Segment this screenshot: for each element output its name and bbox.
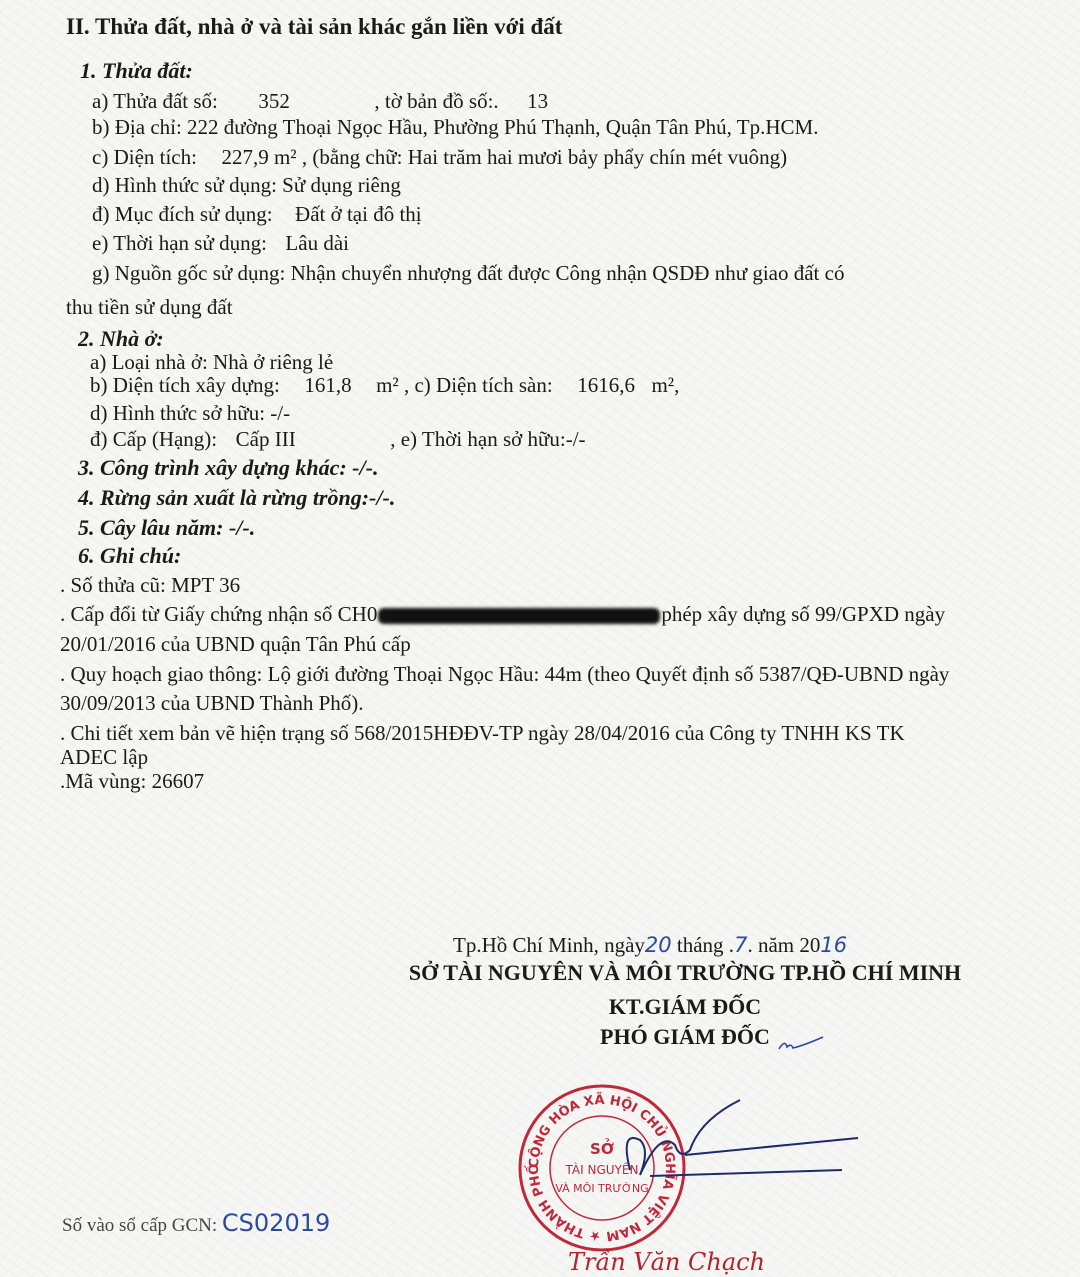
floor-area-label: c) Diện tích sàn: xyxy=(414,373,552,397)
land-purpose-label: đ) Mục đích sử dụng: xyxy=(92,202,273,226)
initial-flourish-icon xyxy=(775,1033,827,1055)
agency-name: SỞ TÀI NGUYÊN VÀ MÔI TRƯỜNG TP.HỒ CHÍ MI… xyxy=(0,960,1080,986)
plot-number-value: 352 xyxy=(258,89,290,113)
note-drawing-line1: . Chi tiết xem bản vẽ hiện trạng số 568/… xyxy=(60,720,905,746)
house-grade-label: đ) Cấp (Hạng): xyxy=(90,427,217,451)
on-behalf-label: KT.GIÁM ĐỐC xyxy=(0,994,1080,1020)
place-date: Tp.Hồ Chí Minh, ngày20 tháng .7. năm 201… xyxy=(453,932,847,958)
land-area-unit: m² xyxy=(274,145,297,169)
date-month-label: tháng . xyxy=(677,933,734,957)
notes-heading: 6. Ghi chú: xyxy=(78,543,181,569)
land-purpose-row: đ) Mục đích sử dụng: Đất ở tại đô thị xyxy=(92,201,422,227)
perennial-trees: 5. Cây lâu năm: -/-. xyxy=(78,515,255,541)
build-area-unit: m² , xyxy=(376,373,409,397)
land-area-words: , (bằng chữ: Hai trăm hai mươi bảy phẩy … xyxy=(302,145,787,169)
place-date-prefix: Tp.Hồ Chí Minh, ngày xyxy=(453,933,645,957)
note-zone-code: .Mã vùng: 26607 xyxy=(60,768,204,794)
map-sheet-value: 13 xyxy=(527,89,548,113)
registry-value: CS02019 xyxy=(222,1209,330,1237)
note-drawing-line2: ADEC lập xyxy=(60,744,148,770)
date-year-label: . năm 20 xyxy=(747,933,820,957)
house-area-row: b) Diện tích xây dựng: 161,8 m² , c) Diệ… xyxy=(90,372,679,398)
floor-area-unit: m², xyxy=(651,373,679,397)
section-title: II. Thửa đất, nhà ở và tài sản khác gắn … xyxy=(66,14,562,40)
land-term-row: e) Thời hạn sử dụng: Lâu dài xyxy=(92,230,349,256)
note-reissue-line2: 20/01/2016 của UBND quận Tân Phú cấp xyxy=(60,631,411,657)
redacted-region xyxy=(378,608,660,624)
house-grade-row: đ) Cấp (Hạng): Cấp III , e) Thời hạn sở … xyxy=(90,426,586,452)
note-reissue-text-2: phép xây dựng số 99/GPXD ngày xyxy=(661,602,945,626)
land-purpose-value: Đất ở tại đô thị xyxy=(295,202,422,226)
land-area-label: c) Diện tích: xyxy=(92,145,197,169)
production-forest: 4. Rừng sản xuất là rừng trồng:-/-. xyxy=(78,485,395,511)
position-label: PHÓ GIÁM ĐỐC xyxy=(0,1024,1080,1050)
note-old-plot: . Số thửa cũ: MPT 36 xyxy=(60,572,240,598)
house-ownership-term: , e) Thời hạn sở hữu:-/- xyxy=(390,427,585,451)
floor-area-value: 1616,6 xyxy=(577,373,635,397)
note-planning-line2: 30/09/2013 của UBND Thành Phố). xyxy=(60,690,364,716)
land-address: b) Địa chỉ: 222 đường Thoại Ngọc Hầu, Ph… xyxy=(92,114,818,140)
note-reissue-text: . Cấp đổi từ Giấy chứng nhận số CH0 xyxy=(60,602,377,626)
map-sheet-label: , tờ bản đồ số:. xyxy=(374,89,498,113)
date-year: 16 xyxy=(820,933,847,957)
signature-icon xyxy=(600,1090,870,1190)
plot-number-row: a) Thửa đất số: 352 , tờ bản đồ số:. 13 xyxy=(92,88,548,114)
build-area-value: 161,8 xyxy=(304,373,351,397)
note-reissue-line1: . Cấp đổi từ Giấy chứng nhận số CH0phép … xyxy=(60,601,945,627)
land-use-form: d) Hình thức sử dụng: Sử dụng riêng xyxy=(92,172,401,198)
land-area-row: c) Diện tích: 227,9 m² , (bằng chữ: Hai … xyxy=(92,144,787,170)
note-planning-line1: . Quy hoạch giao thông: Lộ giới đường Th… xyxy=(60,661,949,687)
land-term-value: Lâu dài xyxy=(285,231,349,255)
house-ownership-form: d) Hình thức sở hữu: -/- xyxy=(90,400,290,426)
land-area-value: 227,9 xyxy=(221,145,268,169)
build-area-label: b) Diện tích xây dựng: xyxy=(90,373,280,397)
house-grade-value: Cấp III xyxy=(236,427,296,451)
date-day: 20 xyxy=(645,933,672,957)
land-heading: 1. Thửa đất: xyxy=(80,58,193,84)
registry-label: Số vào sổ cấp GCN: xyxy=(62,1215,217,1236)
registry-row: Số vào sổ cấp GCN: CS02019 xyxy=(62,1210,330,1239)
date-month: 7 xyxy=(734,933,747,957)
land-origin-line2: thu tiền sử dụng đất xyxy=(66,294,233,320)
land-term-label: e) Thời hạn sử dụng: xyxy=(92,231,267,255)
other-construction: 3. Công trình xây dựng khác: -/-. xyxy=(78,455,378,481)
land-origin-line1: g) Nguồn gốc sử dụng: Nhận chuyển nhượng… xyxy=(92,260,844,286)
signer-name: Trần Văn Chạch xyxy=(568,1248,765,1276)
plot-number-label: a) Thửa đất số: xyxy=(92,89,218,113)
